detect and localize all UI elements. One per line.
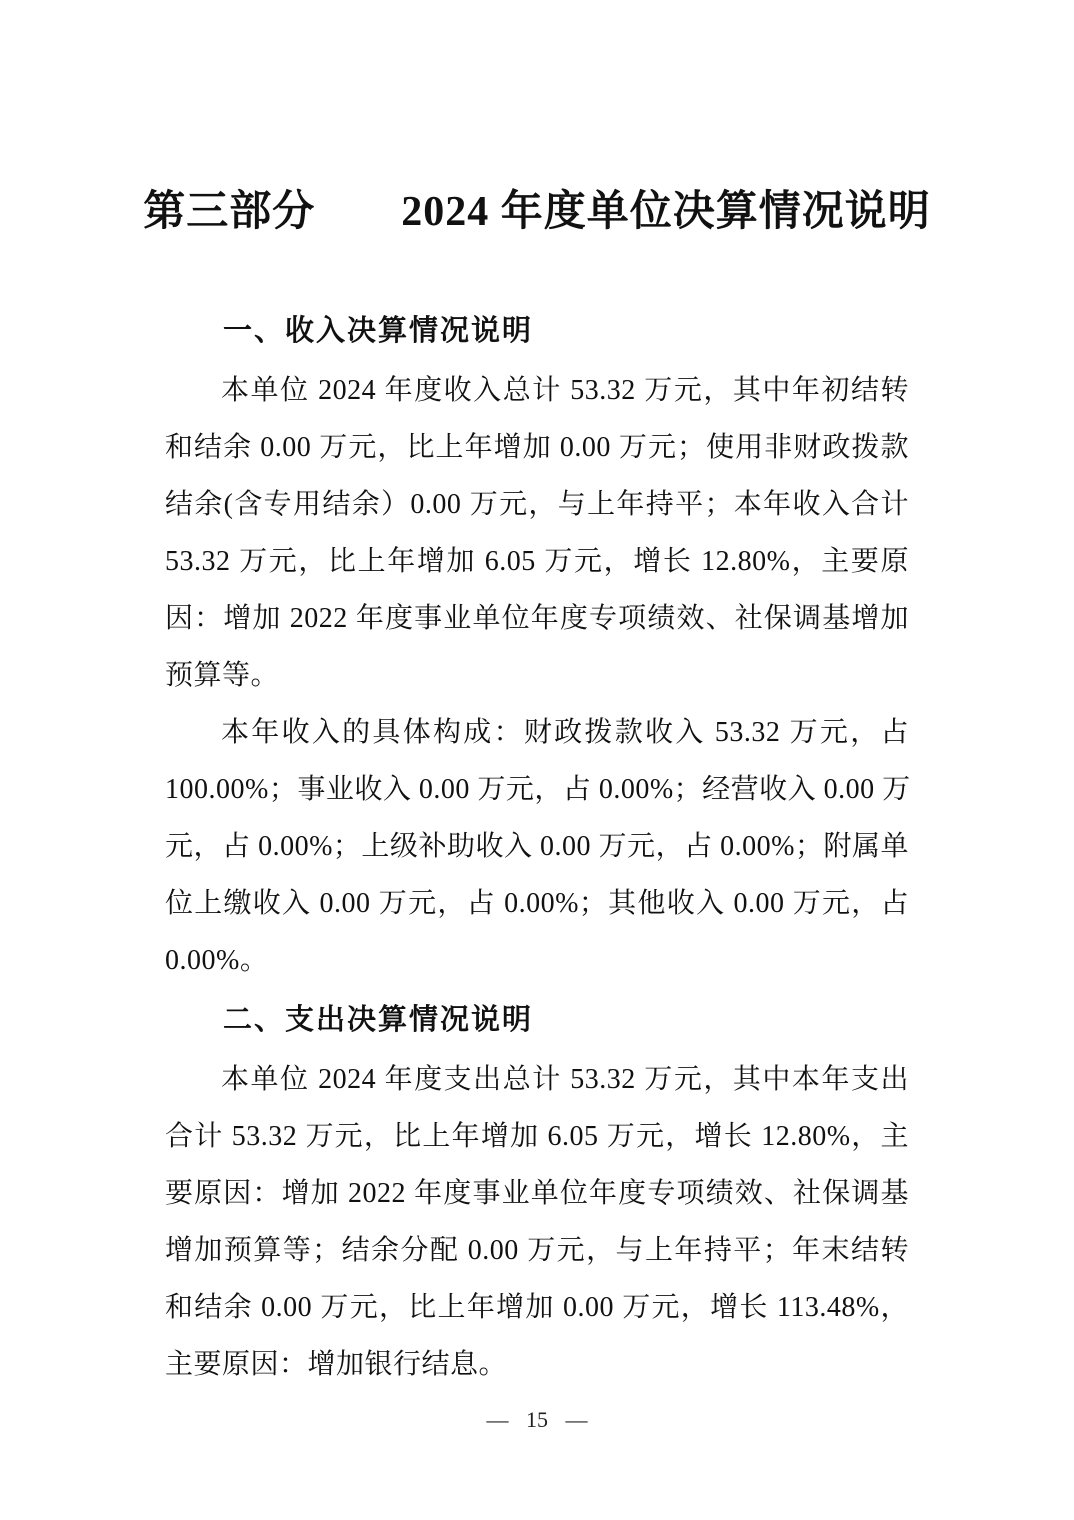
paragraph-expenditure-summary: 本单位 2024 年度支出总计 53.32 万元，其中本年支出 合计 53.32… <box>165 1051 909 1393</box>
text-line: 合计 53.32 万元，比上年增加 6.05 万元，增长 12.80%，主 <box>165 1108 909 1165</box>
text-line: 100.00%；事业收入 0.00 万元，占 0.00%；经营收入 0.00 万 <box>165 761 909 818</box>
text-line: 预算等。 <box>165 647 909 704</box>
section-heading-expenditure: 二、支出决算情况说明 <box>165 989 909 1051</box>
document-body: 一、收入决算情况说明 本单位 2024 年度收入总计 53.32 万元，其中年初… <box>165 300 909 1393</box>
text-line: 本单位 2024 年度收入总计 53.32 万元，其中年初结转 <box>165 362 909 419</box>
text-line: 0.00%。 <box>165 932 909 989</box>
page-number: — 15 — <box>487 1407 588 1432</box>
text-line: 本单位 2024 年度支出总计 53.32 万元，其中本年支出 <box>165 1051 909 1108</box>
text-line: 元，占 0.00%；上级补助收入 0.00 万元，占 0.00%；附属单 <box>165 818 909 875</box>
text-line: 53.32 万元，比上年增加 6.05 万元，增长 12.80%，主要原 <box>165 533 909 590</box>
document-title: 第三部分 2024 年度单位决算情况说明 <box>0 184 1074 240</box>
text-line: 增加预算等；结余分配 0.00 万元，与上年持平；年末结转 <box>165 1222 909 1279</box>
text-line: 和结余 0.00 万元，比上年增加 0.00 万元，增长 113.48%， <box>165 1279 909 1336</box>
text-line: 位上缴收入 0.00 万元，占 0.00%；其他收入 0.00 万元，占 <box>165 875 909 932</box>
text-line: 和结余 0.00 万元，比上年增加 0.00 万元；使用非财政拨款 <box>165 419 909 476</box>
text-line: 本年收入的具体构成：财政拨款收入 53.32 万元，占 <box>165 704 909 761</box>
document-page: 第三部分 2024 年度单位决算情况说明 一、收入决算情况说明 本单位 2024… <box>0 0 1074 1520</box>
text-line: 要原因：增加 2022 年度事业单位年度专项绩效、社保调基 <box>165 1165 909 1222</box>
paragraph-income-composition: 本年收入的具体构成：财政拨款收入 53.32 万元，占 100.00%；事业收入… <box>165 704 909 989</box>
text-line: 主要原因：增加银行结息。 <box>165 1336 909 1393</box>
text-line: 结余(含专用结余）0.00 万元，与上年持平；本年收入合计 <box>165 476 909 533</box>
text-line: 因：增加 2022 年度事业单位年度专项绩效、社保调基增加 <box>165 590 909 647</box>
paragraph-income-summary: 本单位 2024 年度收入总计 53.32 万元，其中年初结转 和结余 0.00… <box>165 362 909 704</box>
page-footer: — 15 — <box>0 1400 1074 1440</box>
section-heading-income: 一、收入决算情况说明 <box>165 300 909 362</box>
